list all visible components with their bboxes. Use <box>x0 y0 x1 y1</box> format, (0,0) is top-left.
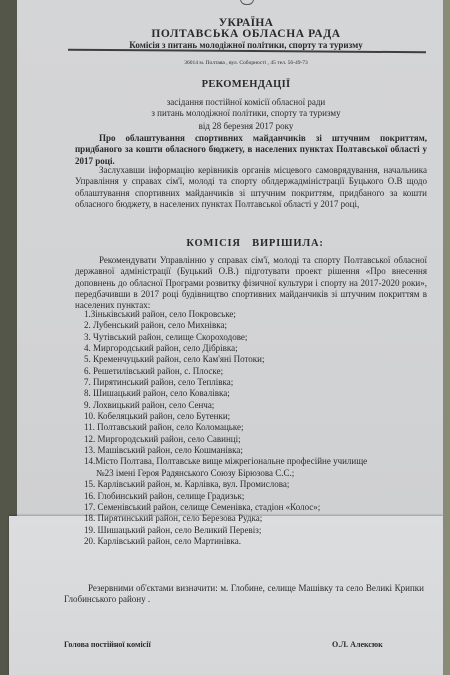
list-item: 4. Миргородський район, село Дібрівка; <box>84 343 430 354</box>
list-item: 20. Карлівський район, село Мартинівка. <box>84 536 430 547</box>
list-item: 15. Карлівський район, м. Карлівка, вул.… <box>84 479 430 490</box>
list-item: 7. Пирятинський район, село Теплівка; <box>84 377 430 388</box>
list-item: 18. Пирятинський район, село Березова Ру… <box>84 513 430 524</box>
list-item-continuation: №23 імені Героя Радянського Союзу Бірюзо… <box>84 468 430 479</box>
heard-paragraph: Заслухавши інформацію керівників органів… <box>75 165 427 210</box>
list-item: 16. Глобинський район, селище Градизьк; <box>84 491 430 502</box>
list-item: 13. Машівський район, село Кошманівка; <box>84 445 430 456</box>
list-item: 8. Шишацький район, село Ковалівка; <box>84 388 430 399</box>
list-item: 5. Кременчуцький район, село Кам'яні Пот… <box>84 354 430 365</box>
list-item: 9. Лохвицький район, село Сенча; <box>84 400 430 411</box>
list-item: 12. Миргородський район, село Савинці; <box>84 434 430 445</box>
list-item: 19. Шишацький район, село Великий Переві… <box>84 525 430 536</box>
locations-list: 1.Зіньківський район, село Покровське; 2… <box>84 309 430 547</box>
reserve-paragraph: Резервними об'єктами визначити: м. Глоби… <box>64 583 424 606</box>
signature-name: О.Л. Алексюк <box>332 640 383 649</box>
document-page: УКРАЇНА ПОЛТАВСЬКА ОБЛАСНА РАДА Комісія … <box>0 0 450 675</box>
list-item: 1.Зіньківський район, село Покровське; <box>84 309 430 320</box>
list-item: 17. Семенівський район, селище Семенівка… <box>84 502 430 513</box>
header-address: 36014 м. Полтава , вул. Соборності , 45 … <box>0 60 450 66</box>
signature-title: Голова постійної комісії <box>64 640 151 649</box>
list-item: 10. Кобеляцький район, село Бутенки; <box>84 411 430 422</box>
list-item: 6. Решетилівський район, с. Плоске; <box>84 366 430 377</box>
document-date: від 28 березня 2017 року <box>0 121 450 131</box>
document-subtitle-2: з питань молодіжної політики, спорту та … <box>0 108 450 118</box>
list-item: 2. Лубенський район, село Михнівка; <box>84 320 430 331</box>
list-item: 11. Полтавський район, село Коломацьке; <box>84 422 430 433</box>
recommendation-paragraph: Рекомендувати Управлінню у справах сім'ї… <box>75 255 427 311</box>
document-title: РЕКОМЕНДАЦІЇ <box>0 79 450 90</box>
decision-heading: КОМІСІЯ ВИРІШИЛА: <box>0 238 450 249</box>
header-council: ПОЛТАВСЬКА ОБЛАСНА РАДА <box>0 28 450 40</box>
list-item: 14.Місто Полтава, Полтавське вище міжрег… <box>84 456 430 467</box>
document-subtitle-1: засідання постійної комісії обласної рад… <box>0 97 450 107</box>
document-topic: Про облаштування спортивних майданчиків … <box>75 133 427 167</box>
coat-of-arms-icon <box>240 0 254 5</box>
list-item: 3. Чутівський район, селище Скороходове; <box>84 332 430 343</box>
